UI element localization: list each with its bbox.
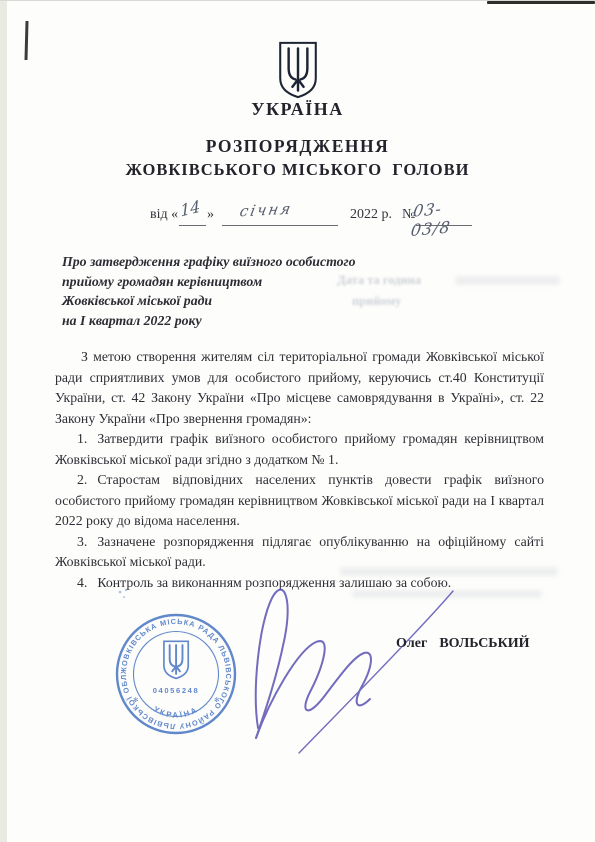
- scan-edge-left: [0, 0, 7, 842]
- signer-last-name: ВОЛЬСЬКИЙ: [439, 636, 529, 651]
- body-paragraph: З метою створення жителям сіл територіал…: [55, 347, 544, 429]
- bleed-through-text: прийому: [352, 294, 401, 309]
- stamp-country: УКРАЇНА: [152, 705, 200, 720]
- item-number: 4.: [77, 575, 87, 590]
- signer-first-name: Олег: [396, 636, 427, 651]
- order-item: 2.Старостам відповідних населених пункті…: [55, 470, 544, 532]
- order-items: 1.Затвердити графік виїзного особистого …: [55, 429, 544, 593]
- signature-stroke: [256, 590, 453, 753]
- item-number: 2.: [77, 472, 87, 487]
- item-text: Затвердити графік виїзного особистого пр…: [55, 431, 544, 467]
- stamp-trident-icon: [164, 641, 188, 678]
- item-number: 1.: [77, 431, 87, 446]
- order-item: 4.Контроль за виконанням розпорядження з…: [55, 573, 544, 594]
- order-item: 1.Затвердити графік виїзного особистого …: [55, 429, 544, 470]
- order-title: РОЗПОРЯДЖЕННЯ: [0, 136, 595, 157]
- item-text: Зазначене розпорядження підлягає опублік…: [55, 534, 544, 570]
- handwritten-number: 03-03/8: [410, 198, 455, 240]
- date-close-quote: »: [207, 207, 214, 223]
- subject-block: Про затвердження графіку виїзного особис…: [62, 252, 422, 330]
- item-number: 3.: [77, 534, 87, 549]
- bleed-through-text: Дата та година: [337, 273, 421, 288]
- scan-corner-mark: [24, 21, 28, 60]
- stamp-code: 04056248: [153, 686, 200, 695]
- svg-text:УКРАЇНА: УКРАЇНА: [152, 705, 200, 720]
- date-prefix: від «: [150, 207, 178, 223]
- item-text: Старостам відповідних населених пунктів …: [55, 472, 544, 528]
- coat-of-arms-icon: [276, 41, 320, 99]
- document-page: УКРАЇНА РОЗПОРЯДЖЕННЯ ЖОВКІВСЬКОГО МІСЬК…: [0, 0, 595, 842]
- handwritten-month: січня: [238, 200, 294, 221]
- stamp-star-icon: ✻: [214, 696, 220, 704]
- order-item: 3.Зазначене розпорядження підлягає опубл…: [55, 532, 544, 573]
- country-name: УКРАЇНА: [0, 99, 595, 120]
- scan-edge-top-dark: [487, 1, 595, 4]
- stamp-star-icon: ✻: [133, 696, 139, 704]
- date-year: 2022 р.: [350, 207, 392, 223]
- order-issuer: ЖОВКІВСЬКОГО МІСЬКОГО ГОЛОВИ: [0, 160, 595, 180]
- bleed-through-artifact: [455, 276, 560, 285]
- item-text: Контроль за виконанням розпорядження зал…: [97, 575, 451, 590]
- signer-name: ОлегВОЛЬСЬКИЙ: [396, 636, 530, 652]
